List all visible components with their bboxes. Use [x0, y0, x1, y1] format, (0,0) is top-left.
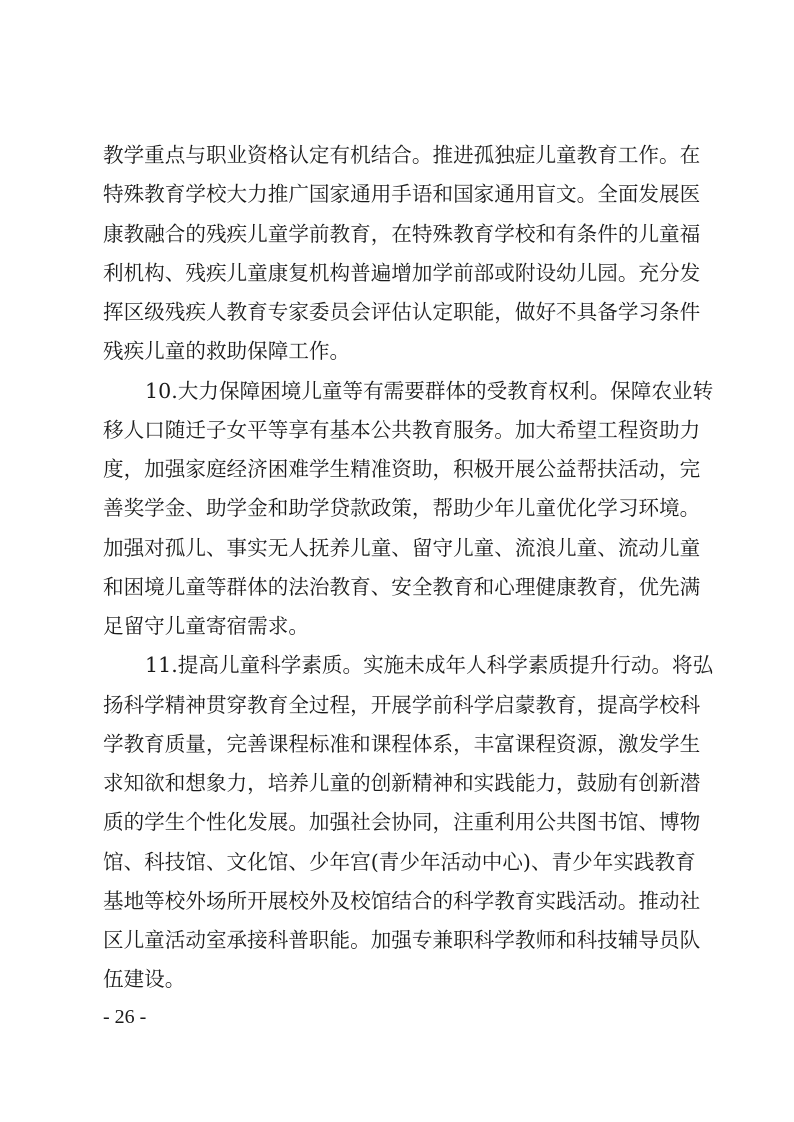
text-line: 善奖学金、助学金和助学贷款政策，帮助少年儿童优化学习环境。 — [103, 489, 693, 528]
text-line: 基地等校外场所开展校外及校馆结合的科学教育实践活动。推动社 — [103, 882, 693, 921]
paragraph-item-10: 10.大力保障困境儿童等有需要群体的受教育权利。保障农业转 移人口随迁子女平等享… — [103, 372, 693, 647]
text-line: 学教育质量，完善课程标准和课程体系，丰富课程资源，激发学生 — [103, 725, 693, 764]
text-line: 伍建设。 — [103, 960, 693, 999]
text-line: 加强对孤儿、事实无人抚养儿童、留守儿童、流浪儿童、流动儿童 — [103, 529, 693, 568]
text-line: 质的学生个性化发展。加强社会协同，注重利用公共图书馆、博物 — [103, 803, 693, 842]
text-line: 教学重点与职业资格认定有机结合。推进孤独症儿童教育工作。在 — [103, 136, 693, 175]
text-line: 移人口随迁子女平等享有基本公共教育服务。加大希望工程资助力 — [103, 411, 693, 450]
text-line: 扬科学精神贯穿教育全过程，开展学前科学启蒙教育，提高学校科 — [103, 686, 693, 725]
text-line: 馆、科技馆、文化馆、少年宫(青少年活动中心)、青少年实践教育 — [103, 843, 693, 882]
text-line: 特殊教育学校大力推广国家通用手语和国家通用盲文。全面发展医 — [103, 175, 693, 214]
text-line-heading: 10.大力保障困境儿童等有需要群体的受教育权利。保障农业转 — [103, 372, 693, 411]
page-body: 教学重点与职业资格认定有机结合。推进孤独症儿童教育工作。在 特殊教育学校大力推广… — [103, 136, 693, 1000]
text-line: 求知欲和想象力，培养儿童的创新精神和实践能力，鼓励有创新潜 — [103, 764, 693, 803]
text-line-heading: 11.提高儿童科学素质。实施未成年人科学素质提升行动。将弘 — [103, 646, 693, 685]
text-line: 区儿童活动室承接科普职能。加强专兼职科学教师和科技辅导员队 — [103, 921, 693, 960]
text-line: 度，加强家庭经济困难学生精准资助，积极开展公益帮扶活动，完 — [103, 450, 693, 489]
text-line: 残疾儿童的救助保障工作。 — [103, 332, 693, 371]
text-line: 康教融合的残疾儿童学前教育，在特殊教育学校和有条件的儿童福 — [103, 215, 693, 254]
paragraph-continued: 教学重点与职业资格认定有机结合。推进孤独症儿童教育工作。在 特殊教育学校大力推广… — [103, 136, 693, 372]
page-number: - 26 - — [103, 1006, 146, 1029]
text-line: 挥区级残疾人教育专家委员会评估认定职能，做好不具备学习条件 — [103, 293, 693, 332]
text-line: 利机构、残疾儿童康复机构普遍增加学前部或附设幼儿园。充分发 — [103, 254, 693, 293]
text-line: 和困境儿童等群体的法治教育、安全教育和心理健康教育，优先满 — [103, 568, 693, 607]
text-line: 足留守儿童寄宿需求。 — [103, 607, 693, 646]
paragraph-item-11: 11.提高儿童科学素质。实施未成年人科学素质提升行动。将弘 扬科学精神贯穿教育全… — [103, 646, 693, 999]
